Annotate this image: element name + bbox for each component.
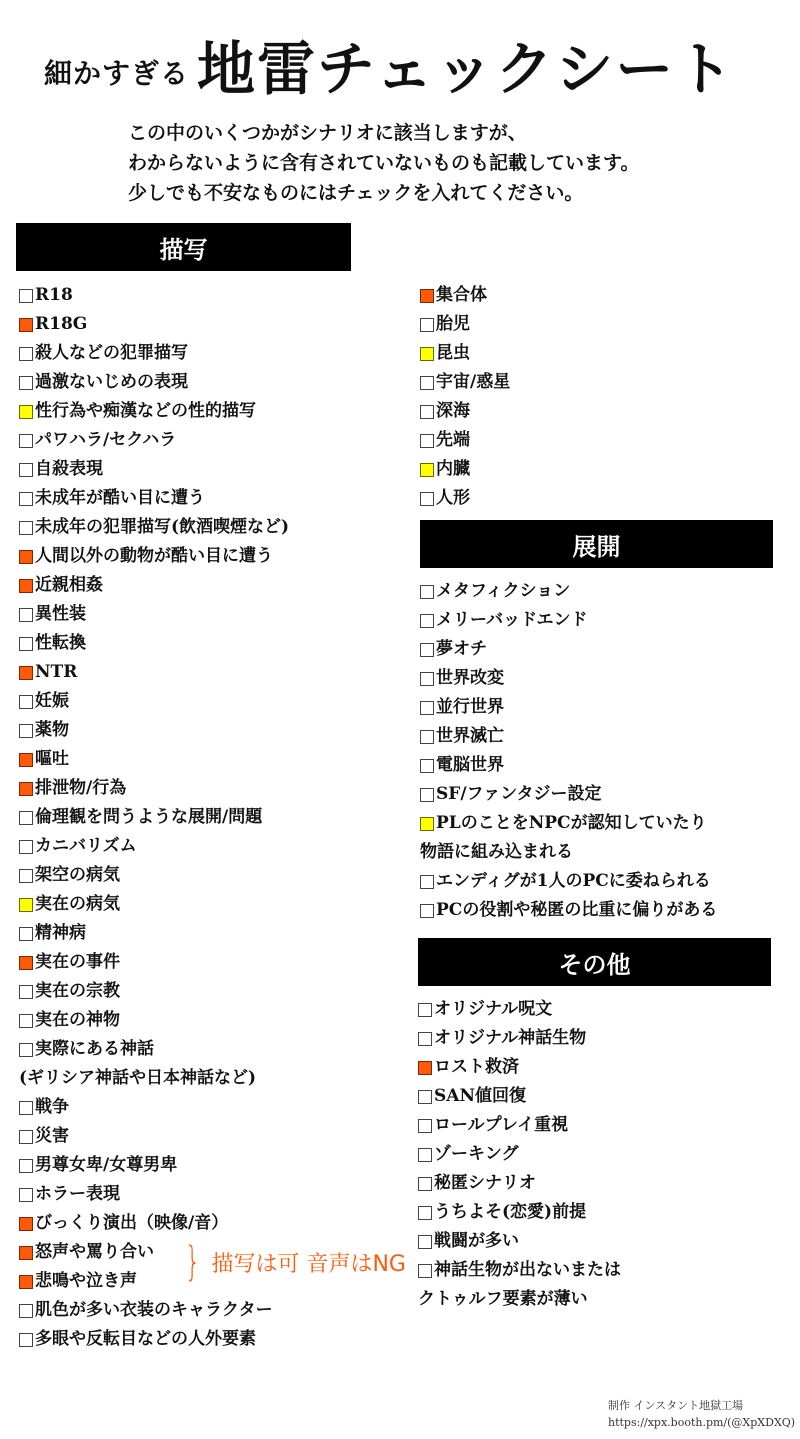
checklist-item[interactable]: ロスト救済 — [418, 1053, 621, 1082]
checklist-item[interactable]: びっくり演出（映像/音） — [19, 1209, 289, 1238]
checkbox-empty-icon[interactable] — [420, 701, 434, 715]
checklist-item-label: 悲鳴や泣き声 — [35, 1267, 137, 1296]
checkbox-empty-icon[interactable] — [420, 318, 434, 332]
checkbox-filled-red-icon[interactable] — [19, 782, 33, 796]
checklist-item-label: 精神病 — [35, 919, 86, 948]
checklist-item-label: 夢オチ — [436, 635, 487, 664]
checkbox-filled-red-icon[interactable] — [19, 956, 33, 970]
intro-line: この中のいくつかがシナリオに該当しますが、 — [128, 118, 639, 148]
checklist-item[interactable]: 未成年が酷い目に遭う — [19, 484, 289, 513]
checklist-item[interactable]: うちよそ(恋愛)前提 — [418, 1198, 621, 1227]
checkbox-empty-icon[interactable] — [19, 434, 33, 448]
checklist-item[interactable]: 男尊女卑/女尊男卑 — [19, 1151, 289, 1180]
title-main: 地雷チェックシート — [197, 40, 735, 98]
checkbox-filled-red-icon[interactable] — [19, 550, 33, 564]
section-title: その他 — [559, 945, 631, 980]
checkbox-empty-icon[interactable] — [418, 1235, 432, 1249]
checklist-item-label: 架空の病気 — [35, 861, 120, 890]
checklist-item-label: 先端 — [436, 426, 470, 455]
checklist-item[interactable]: 実際にある神話 — [19, 1035, 289, 1064]
checklist-item[interactable]: 過激ないじめの表現 — [19, 368, 289, 397]
checklist-item[interactable]: ホラー表現 — [19, 1180, 289, 1209]
intro-line: わからないように含有されていないものも記載しています。 — [128, 148, 639, 178]
checkbox-filled-red-icon[interactable] — [19, 579, 33, 593]
checkbox-empty-icon[interactable] — [420, 672, 434, 686]
checkbox-empty-icon[interactable] — [420, 376, 434, 390]
checklist-item-label: 性転換 — [35, 629, 86, 658]
checklist-item[interactable]: 薬物 — [19, 716, 289, 745]
checklist-item-label: 性行為や痴漢などの性的描写 — [35, 397, 256, 426]
annotation-text: 描写は可 音声はNG — [211, 1247, 406, 1278]
checkbox-filled-red-icon[interactable] — [19, 1217, 33, 1231]
checkbox-empty-icon[interactable] — [19, 985, 33, 999]
checklist-item[interactable]: 異性装 — [19, 600, 289, 629]
checklist-item-label: 昆虫 — [436, 339, 470, 368]
checklist-item-label: 秘匿シナリオ — [434, 1169, 536, 1198]
checklist-item-label: 自殺表現 — [35, 455, 103, 484]
checkbox-filled-yellow-icon[interactable] — [420, 817, 434, 831]
checklist-item-label: 戦闘が多い — [434, 1227, 519, 1256]
checklist-item-label: 実在の病気 — [35, 890, 120, 919]
checkbox-empty-icon[interactable] — [418, 1032, 432, 1046]
checklist-item-label: オリジナル呪文 — [434, 995, 552, 1024]
checklist-item[interactable]: 実在の神物 — [19, 1006, 289, 1035]
checklist-item[interactable]: R18 — [19, 281, 289, 310]
checklist-item[interactable]: 人形 — [420, 484, 510, 513]
checklist-item[interactable]: SAN値回復 — [418, 1082, 621, 1111]
checklist-item[interactable]: 先端 — [420, 426, 510, 455]
checkbox-empty-icon[interactable] — [19, 1304, 33, 1318]
checklist-item[interactable]: 電脳世界 — [420, 751, 717, 780]
checklist-item[interactable]: 胎児 — [420, 310, 510, 339]
checklist-item-label: 集合体 — [436, 281, 487, 310]
checklist-item[interactable]: 実在の病気 — [19, 890, 289, 919]
checklist-item[interactable]: 実在の宗教 — [19, 977, 289, 1006]
checklist-item[interactable]: 夢オチ — [420, 635, 717, 664]
checklist-item[interactable]: R18G — [19, 310, 289, 339]
checklist-item-label: NTR — [35, 658, 77, 687]
checklist-item[interactable]: 宇宙/惑星 — [420, 368, 510, 397]
checklist-item-label: 肌色が多い衣装のキャラクター — [35, 1296, 273, 1325]
checklist-item-label: 世界滅亡 — [436, 722, 504, 751]
checklist-item-label: 排泄物/行為 — [35, 774, 126, 803]
checkbox-empty-icon[interactable] — [19, 608, 33, 622]
checkbox-empty-icon[interactable] — [19, 347, 33, 361]
checklist-item[interactable]: エンディグが1人のPCに委ねられる — [420, 867, 717, 896]
checklist-item-label: SAN値回復 — [434, 1082, 526, 1111]
checkbox-empty-icon[interactable] — [19, 289, 33, 303]
checkbox-empty-icon[interactable] — [19, 1130, 33, 1144]
checklist-item-label: 深海 — [436, 397, 470, 426]
checkbox-filled-yellow-icon[interactable] — [19, 898, 33, 912]
checkbox-empty-icon[interactable] — [420, 875, 434, 889]
checklist-item[interactable]: 未成年の犯罪描写(飲酒喫煙など) — [19, 513, 289, 542]
checkbox-empty-icon[interactable] — [420, 492, 434, 506]
checklist-item-label: 宇宙/惑星 — [436, 368, 510, 397]
checklist-item-label: 未成年が酷い目に遭う — [35, 484, 205, 513]
checklist-item-label: 近親相姦 — [35, 571, 103, 600]
section-header-development: 展開 — [420, 520, 773, 568]
checklist-item[interactable]: ロールプレイ重視 — [418, 1111, 621, 1140]
checkbox-filled-red-icon[interactable] — [19, 1246, 33, 1260]
checkbox-empty-icon[interactable] — [19, 637, 33, 651]
checklist-item-label: ロスト救済 — [434, 1053, 519, 1082]
checklist-item[interactable]: NTR — [19, 658, 289, 687]
checklist-item-label: パワハラ/セクハラ — [35, 426, 176, 455]
checklist-item-label: オリジナル神話生物 — [434, 1024, 586, 1053]
checklist-item[interactable]: 多眼や反転目などの人外要素 — [19, 1325, 289, 1354]
checkbox-empty-icon[interactable] — [19, 1043, 33, 1057]
checklist-item-label: 物語に組み込まれる — [420, 838, 573, 867]
checklist-item[interactable]: PCの役割や秘匿の比重に偏りがある — [420, 896, 717, 925]
checklist-item-label: 実際にある神話 — [35, 1035, 154, 1064]
checklist-item[interactable]: 実在の事件 — [19, 948, 289, 977]
checkbox-filled-yellow-icon[interactable] — [420, 347, 434, 361]
checklist-item-label: SF/ファンタジー設定 — [436, 780, 602, 809]
checklist-item-label: カニバリズム — [35, 832, 137, 861]
checklist-item-label: 胎児 — [436, 310, 470, 339]
checklist-item[interactable]: 世界滅亡 — [420, 722, 717, 751]
checklist-item[interactable]: 精神病 — [19, 919, 289, 948]
checklist-item[interactable]: PLのことをNPCが認知していたり — [420, 809, 717, 838]
checklist-item[interactable]: 倫理観を問うような展開/問題 — [19, 803, 289, 832]
checklist-depiction: R18R18G殺人などの犯罪描写過激ないじめの表現性行為や痴漢などの性的描写パワ… — [19, 281, 289, 1354]
checkbox-empty-icon[interactable] — [418, 1206, 432, 1220]
checklist-item[interactable]: 並行世界 — [420, 693, 717, 722]
checklist-item[interactable]: 近親相姦 — [19, 571, 289, 600]
checklist-item-label: 実在の事件 — [35, 948, 120, 977]
checklist-item[interactable]: メリーバッドエンド — [420, 606, 717, 635]
checklist-item[interactable]: カニバリズム — [19, 832, 289, 861]
checklist-item-label: うちよそ(恋愛)前提 — [434, 1198, 586, 1227]
checkbox-empty-icon[interactable] — [420, 904, 434, 918]
checklist-item[interactable]: 人間以外の動物が酷い目に遭う — [19, 542, 289, 571]
checklist-item[interactable]: 殺人などの犯罪描写 — [19, 339, 289, 368]
checklist-item-label: 多眼や反転目などの人外要素 — [35, 1325, 256, 1354]
credit-url: https://xpx.booth.pm/(@XpXDXQ) — [608, 1414, 795, 1431]
checklist-item-label: 妊娠 — [35, 687, 69, 716]
checklist-item-label: 異性装 — [35, 600, 86, 629]
checklist-item[interactable]: 秘匿シナリオ — [418, 1169, 621, 1198]
checkbox-empty-icon[interactable] — [420, 614, 434, 628]
checklist-item-label: PLのことをNPCが認知していたり — [436, 809, 707, 838]
checkbox-empty-icon[interactable] — [420, 788, 434, 802]
checklist-item-label: 過激ないじめの表現 — [35, 368, 188, 397]
checklist-item-label: ゾーキング — [434, 1140, 519, 1169]
checklist-item-label: 実在の神物 — [35, 1006, 120, 1035]
checkbox-empty-icon[interactable] — [19, 1333, 33, 1347]
checklist-item[interactable]: オリジナル神話生物 — [418, 1024, 621, 1053]
section-title: 展開 — [573, 527, 621, 562]
checkbox-empty-icon[interactable] — [19, 1014, 33, 1028]
checklist-item-label: (ギリシア神話や日本神話など) — [19, 1064, 256, 1093]
checkbox-filled-red-icon[interactable] — [418, 1061, 432, 1075]
checklist-item[interactable]: 集合体 — [420, 281, 510, 310]
checklist-item-label: 災害 — [35, 1122, 69, 1151]
checklist-item-label: 男尊女卑/女尊男卑 — [35, 1151, 177, 1180]
checklist-development: メタフィクションメリーバッドエンド夢オチ世界改変並行世界世界滅亡電脳世界SF/フ… — [420, 577, 717, 925]
checklist-item-label: びっくり演出（映像/音） — [35, 1209, 228, 1238]
brace-icon: } — [185, 1242, 200, 1282]
checklist-item-label: R18G — [35, 310, 87, 339]
checkbox-empty-icon[interactable] — [418, 1264, 432, 1278]
checklist-item-label: 怒声や罵り合い — [35, 1238, 154, 1267]
intro-line: 少しでも不安なものにはチェックを入れてください。 — [128, 178, 639, 208]
checkbox-empty-icon[interactable] — [19, 695, 33, 709]
checkbox-empty-icon[interactable] — [420, 643, 434, 657]
checklist-item-continuation: 物語に組み込まれる — [420, 838, 717, 867]
checklist-item[interactable]: 深海 — [420, 397, 510, 426]
checklist-item-label: 殺人などの犯罪描写 — [35, 339, 188, 368]
checkbox-empty-icon[interactable] — [19, 1159, 33, 1173]
checklist-item[interactable]: 昆虫 — [420, 339, 510, 368]
checklist-item-continuation: (ギリシア神話や日本神話など) — [19, 1064, 289, 1093]
checklist-item-label: 電脳世界 — [436, 751, 504, 780]
checkbox-empty-icon[interactable] — [418, 1148, 432, 1162]
checklist-item[interactable]: ゾーキング — [418, 1140, 621, 1169]
checklist-other: オリジナル呪文オリジナル神話生物ロスト救済SAN値回復ロールプレイ重視ゾーキング… — [418, 995, 621, 1314]
checklist-item-label: 倫理観を問うような展開/問題 — [35, 803, 262, 832]
checkbox-empty-icon[interactable] — [19, 463, 33, 477]
checklist-item[interactable]: 嘔吐 — [19, 745, 289, 774]
checkbox-empty-icon[interactable] — [420, 759, 434, 773]
checklist-item-label: 内臓 — [436, 455, 470, 484]
checklist-item-label: 未成年の犯罪描写(飲酒喫煙など) — [35, 513, 289, 542]
checkbox-filled-red-icon[interactable] — [19, 318, 33, 332]
intro-text: この中のいくつかがシナリオに該当しますが、 わからないように含有されていないもの… — [128, 118, 639, 208]
checklist-item[interactable]: 性転換 — [19, 629, 289, 658]
checklist-item-label: 薬物 — [35, 716, 69, 745]
title-prefix: 細かすぎる — [44, 52, 189, 92]
checklist-item-label: 世界改変 — [436, 664, 504, 693]
checklist-item[interactable]: 戦争 — [19, 1093, 289, 1122]
checklist-item-label: R18 — [35, 281, 73, 310]
checkbox-empty-icon[interactable] — [19, 521, 33, 535]
checkbox-empty-icon[interactable] — [418, 1003, 432, 1017]
checklist-item[interactable]: 架空の病気 — [19, 861, 289, 890]
credit-text: 制作 インスタント地獄工場 — [608, 1397, 795, 1414]
section-title: 描写 — [160, 230, 208, 265]
checkbox-empty-icon[interactable] — [19, 376, 33, 390]
checkbox-filled-yellow-icon[interactable] — [19, 405, 33, 419]
checklist-item-label: メリーバッドエンド — [436, 606, 587, 635]
footer-credit: 制作 インスタント地獄工場 https://xpx.booth.pm/(@XpX… — [608, 1397, 795, 1431]
checkbox-empty-icon[interactable] — [420, 405, 434, 419]
checklist-depiction-continued: 集合体胎児昆虫宇宙/惑星深海先端内臓人形 — [420, 281, 510, 513]
checkbox-empty-icon[interactable] — [19, 492, 33, 506]
checkbox-filled-red-icon[interactable] — [19, 1275, 33, 1289]
checklist-item-label: 嘔吐 — [35, 745, 69, 774]
checkbox-empty-icon[interactable] — [19, 1188, 33, 1202]
checklist-item[interactable]: 自殺表現 — [19, 455, 289, 484]
checklist-item[interactable]: 肌色が多い衣装のキャラクター — [19, 1296, 289, 1325]
checklist-item-label: PCの役割や秘匿の比重に偏りがある — [436, 896, 717, 925]
checkbox-empty-icon[interactable] — [420, 585, 434, 599]
checklist-item-label: 神話生物が出ないまたは — [434, 1256, 621, 1285]
checkbox-empty-icon[interactable] — [19, 927, 33, 941]
section-header-other: その他 — [418, 938, 771, 986]
checklist-item-label: 人間以外の動物が酷い目に遭う — [35, 542, 273, 571]
checkbox-filled-yellow-icon[interactable] — [420, 463, 434, 477]
checklist-item[interactable]: メタフィクション — [420, 577, 717, 606]
checklist-item[interactable]: 戦闘が多い — [418, 1227, 621, 1256]
checklist-item-label: 実在の宗教 — [35, 977, 120, 1006]
checkbox-empty-icon[interactable] — [420, 434, 434, 448]
checklist-item-label: エンディグが1人のPCに委ねられる — [436, 867, 711, 896]
checklist-item[interactable]: 神話生物が出ないまたは — [418, 1256, 621, 1285]
checklist-item[interactable]: 妊娠 — [19, 687, 289, 716]
checkbox-empty-icon[interactable] — [19, 724, 33, 738]
checklist-item[interactable]: 性行為や痴漢などの性的描写 — [19, 397, 289, 426]
checklist-item[interactable]: 災害 — [19, 1122, 289, 1151]
checklist-item[interactable]: 排泄物/行為 — [19, 774, 289, 803]
checkbox-empty-icon[interactable] — [19, 869, 33, 883]
checkbox-empty-icon[interactable] — [19, 811, 33, 825]
checkbox-filled-red-icon[interactable] — [19, 666, 33, 680]
checklist-item-label: 人形 — [436, 484, 470, 513]
checklist-item-label: 並行世界 — [436, 693, 504, 722]
checklist-item[interactable]: 内臓 — [420, 455, 510, 484]
checklist-item-continuation: クトゥルフ要素が薄い — [418, 1285, 621, 1314]
checkbox-filled-red-icon[interactable] — [420, 289, 434, 303]
checkbox-empty-icon[interactable] — [420, 730, 434, 744]
handwritten-annotation: } 描写は可 音声はNG — [180, 1242, 406, 1282]
checkbox-empty-icon[interactable] — [418, 1090, 432, 1104]
checklist-item-label: クトゥルフ要素が薄い — [418, 1285, 588, 1314]
checklist-item[interactable]: SF/ファンタジー設定 — [420, 780, 717, 809]
checkbox-filled-red-icon[interactable] — [19, 753, 33, 767]
checklist-item-label: 戦争 — [35, 1093, 69, 1122]
checklist-item[interactable]: パワハラ/セクハラ — [19, 426, 289, 455]
checkbox-empty-icon[interactable] — [19, 840, 33, 854]
checklist-item-label: メタフィクション — [436, 577, 570, 606]
checkbox-empty-icon[interactable] — [418, 1177, 432, 1191]
checklist-item-label: ロールプレイ重視 — [434, 1111, 568, 1140]
checkbox-empty-icon[interactable] — [19, 1101, 33, 1115]
checkbox-empty-icon[interactable] — [418, 1119, 432, 1133]
checklist-item[interactable]: オリジナル呪文 — [418, 995, 621, 1024]
section-header-depiction: 描写 — [16, 223, 351, 271]
checklist-item-label: ホラー表現 — [35, 1180, 120, 1209]
checklist-item[interactable]: 世界改変 — [420, 664, 717, 693]
page-title: 細かすぎる 地雷チェックシート — [44, 40, 735, 98]
